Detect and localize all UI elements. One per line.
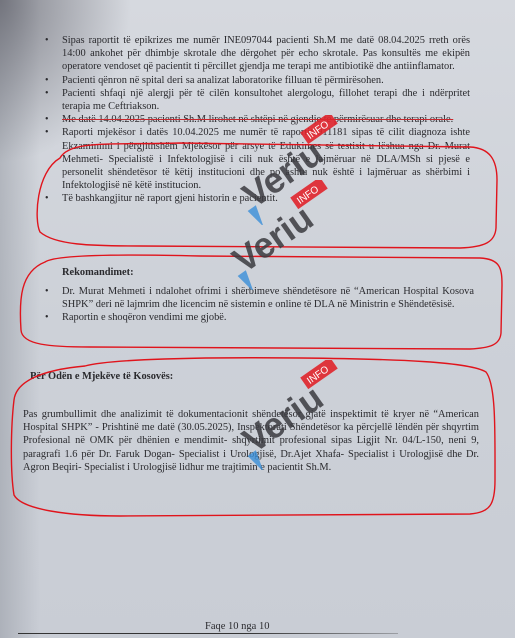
- recommendation-item: Raportin e shoqëron vendimi me gjobë.: [40, 311, 474, 324]
- recommendations-heading: Rekomandimet:: [62, 266, 134, 279]
- oden-paragraph: Pas grumbullimit dhe analizimit të dokum…: [23, 408, 479, 474]
- findings-list: Sipas raportit të epikrizes me numër INE…: [40, 34, 470, 206]
- finding-item: Raporti mjekësor i datës 10.04.2025 me n…: [40, 126, 470, 192]
- finding-item: Të bashkangjitur në raport gjeni histori…: [40, 192, 470, 205]
- page-number: Faqe 10 nga 10: [205, 621, 269, 632]
- finding-item: Pacienti qënron në spital deri sa analiz…: [40, 74, 470, 87]
- recommendations-list: Dr. Murat Mehmeti i ndalohet ofrimi i sh…: [40, 285, 474, 325]
- oden-heading: Për Odën e Mjekëve të Kosovës:: [30, 370, 173, 383]
- finding-item: Sipas raportit të epikrizes me numër INE…: [40, 34, 470, 74]
- footer-divider: [18, 633, 398, 634]
- finding-item: Me datë 14.04.2025 pacienti Sh.M lirohet…: [40, 113, 470, 126]
- finding-item: Pacienti shfaqi një alergji për të cilën…: [40, 87, 470, 113]
- recommendation-item: Dr. Murat Mehmeti i ndalohet ofrimi i sh…: [40, 285, 474, 311]
